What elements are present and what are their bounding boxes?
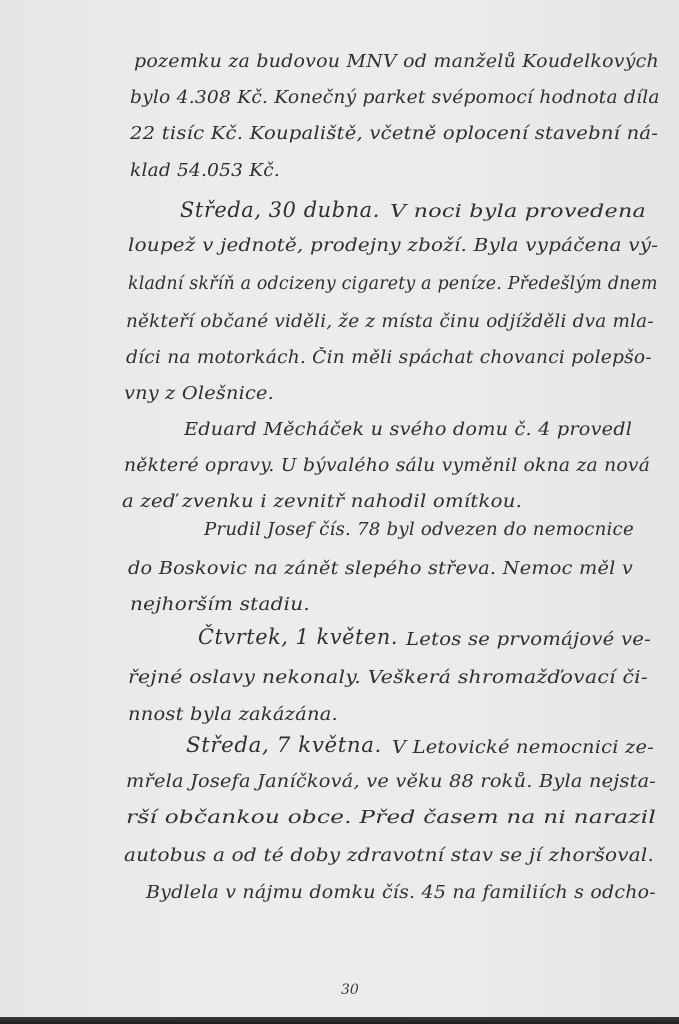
chronicle-page: pozemku za budovou MNV od manželů Koudel… [0, 0, 679, 1017]
page-number: 30 [341, 982, 359, 998]
text-line: Prudil Josef čís. 78 byl odvezen do nemo… [204, 520, 634, 540]
text-line: řejné oslavy nekonaly. Veškerá shromažďo… [128, 668, 648, 688]
entry-date-heading: Středa, 7 května. [186, 733, 382, 757]
text-line: loupež v jednotě, prodejny zboží. Byla v… [128, 236, 658, 256]
text-line: rší občankou obce. Před časem na ni nara… [126, 808, 656, 828]
text-line: V Letovické nemocnici ze- [392, 738, 654, 758]
text-line: kladní skříň a odcizeny cigarety a peníz… [128, 274, 658, 294]
text-line: pozemku za budovou MNV od manželů Koudel… [134, 52, 659, 72]
text-line: bylo 4.308 Kč. Konečný parket svépomocí … [130, 88, 660, 108]
text-line: díci na motorkách. Čin měli spáchat chov… [126, 348, 652, 368]
text-line: a zeď zvenku i zevnitř nahodil omítkou. [122, 492, 522, 512]
text-line: Letos se prvomájové ve- [406, 630, 651, 650]
text-line: Eduard Měcháček u svého domu č. 4 proved… [184, 420, 632, 440]
text-line: autobus a od té doby zdravotní stav se j… [124, 846, 654, 866]
scan-bottom-edge [0, 1017, 679, 1024]
text-line: klad 54.053 Kč. [130, 161, 280, 181]
entry-date-heading: Čtvrtek, 1 květen. [198, 625, 398, 649]
text-line: mřela Josefa Janíčková, ve věku 88 roků.… [126, 772, 656, 792]
text-line: někteří občané viděli, že z místa činu o… [126, 312, 654, 332]
text-line: 22 tisíc Kč. Koupaliště, včetně oplocení… [130, 124, 658, 144]
entry-date-heading: Středa, 30 dubna. [180, 198, 380, 222]
text-line: nejhorším stadiu. [130, 595, 310, 615]
text-line: do Boskovic na zánět slepého střeva. Nem… [128, 559, 633, 579]
text-line: Bydlela v nájmu domku čís. 45 na familií… [146, 883, 656, 903]
text-line: vny z Olešnice. [124, 384, 274, 404]
text-line: V noci byla provedena [390, 202, 646, 222]
text-line: některé opravy. U bývalého sálu vyměnil … [124, 456, 650, 476]
text-line: nnost byla zakázána. [128, 705, 338, 725]
